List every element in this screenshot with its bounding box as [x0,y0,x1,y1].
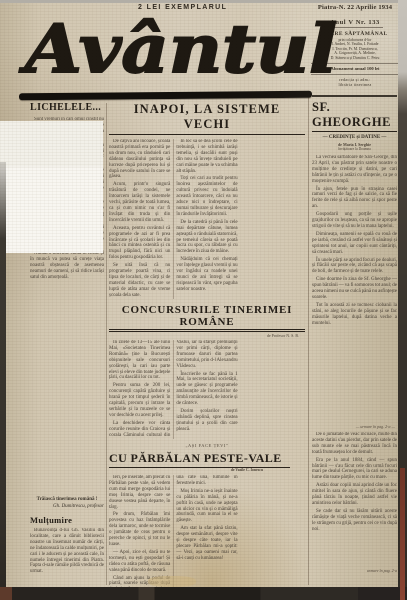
article-body-multumire: Bunăvoința d-lui Gh. Vasiliu din localit… [30,528,104,586]
article-body-parbalan: Ieri, pe înserate, am plecat cu Părbălan… [109,475,305,598]
article-body-concursuri: În zilele de 13—15 ale lunii Mai, «Socie… [109,340,305,439]
article-body-sf-1: La vechea sărbătoare de Sân-George, din … [312,155,397,423]
article-title-concursuri: CONCURSURILE TINERIMEI ROMÂNE [109,304,305,332]
author-signature: Gh. Dumitrescu, profesor [30,504,104,509]
column-divider [106,103,107,585]
masthead-script-logo: Avântul [14,8,348,94]
article-title-inapoi: INAPOI, LA SISTEME VECHI [109,102,305,135]
scan-edge-left [0,162,6,588]
scan-edge-top [0,0,407,3]
scan-edge-bottom [0,587,407,600]
article-title-sf-gheorghe: SF. GHEORGHE [312,100,397,132]
continuation-note: — urmare în pag. 2-a — [312,424,395,429]
article-title-lichelele: LICHELELE... [30,102,104,113]
article-subtitle: — CREDINȚE și DATINE — [312,135,397,140]
continuation-note: urmare în pag. 2-a [312,568,397,573]
paper-stain [148,576,196,587]
scan-edge-red-strip [400,468,405,600]
article-title-parbalan: CU PĂRBĂLAN PESTE-VALE [109,451,290,468]
scan-damage-patch [0,121,103,253]
byline-parbalan: de Vasile C. Ionescu [231,468,263,472]
article-sf-gheorghe: SF. GHEORGHE — CREDINȚE și DATINE — de M… [312,100,397,573]
kicker-quote: „AȘI FACE ȚEVI” [109,443,305,448]
closing-slogan: Trăiască tinerimea română ! [30,497,104,502]
byline-role: învățătoare la Doamna [312,147,397,151]
article-body-inapoi: De câțiva ani încoace, școala noastră pr… [109,139,305,299]
article-title-multumire: Mulțumire [30,515,104,525]
byline-concursuri: de Profesor N. S. B. [109,333,299,338]
masthead-rule-right [312,95,397,97]
masthead-title: Avântul [18,10,337,88]
masthead: Avântul [14,8,348,94]
middle-section: INAPOI, LA SISTEME VECHI De câțiva ani î… [109,102,305,598]
column-divider [308,97,309,585]
article-header-parbalan: CU PĂRBĂLAN PESTE-VALE de Vasile C. Ione… [109,449,305,468]
article-body-sf-2: De o jumătate de veac încoace, multe din… [312,432,397,566]
